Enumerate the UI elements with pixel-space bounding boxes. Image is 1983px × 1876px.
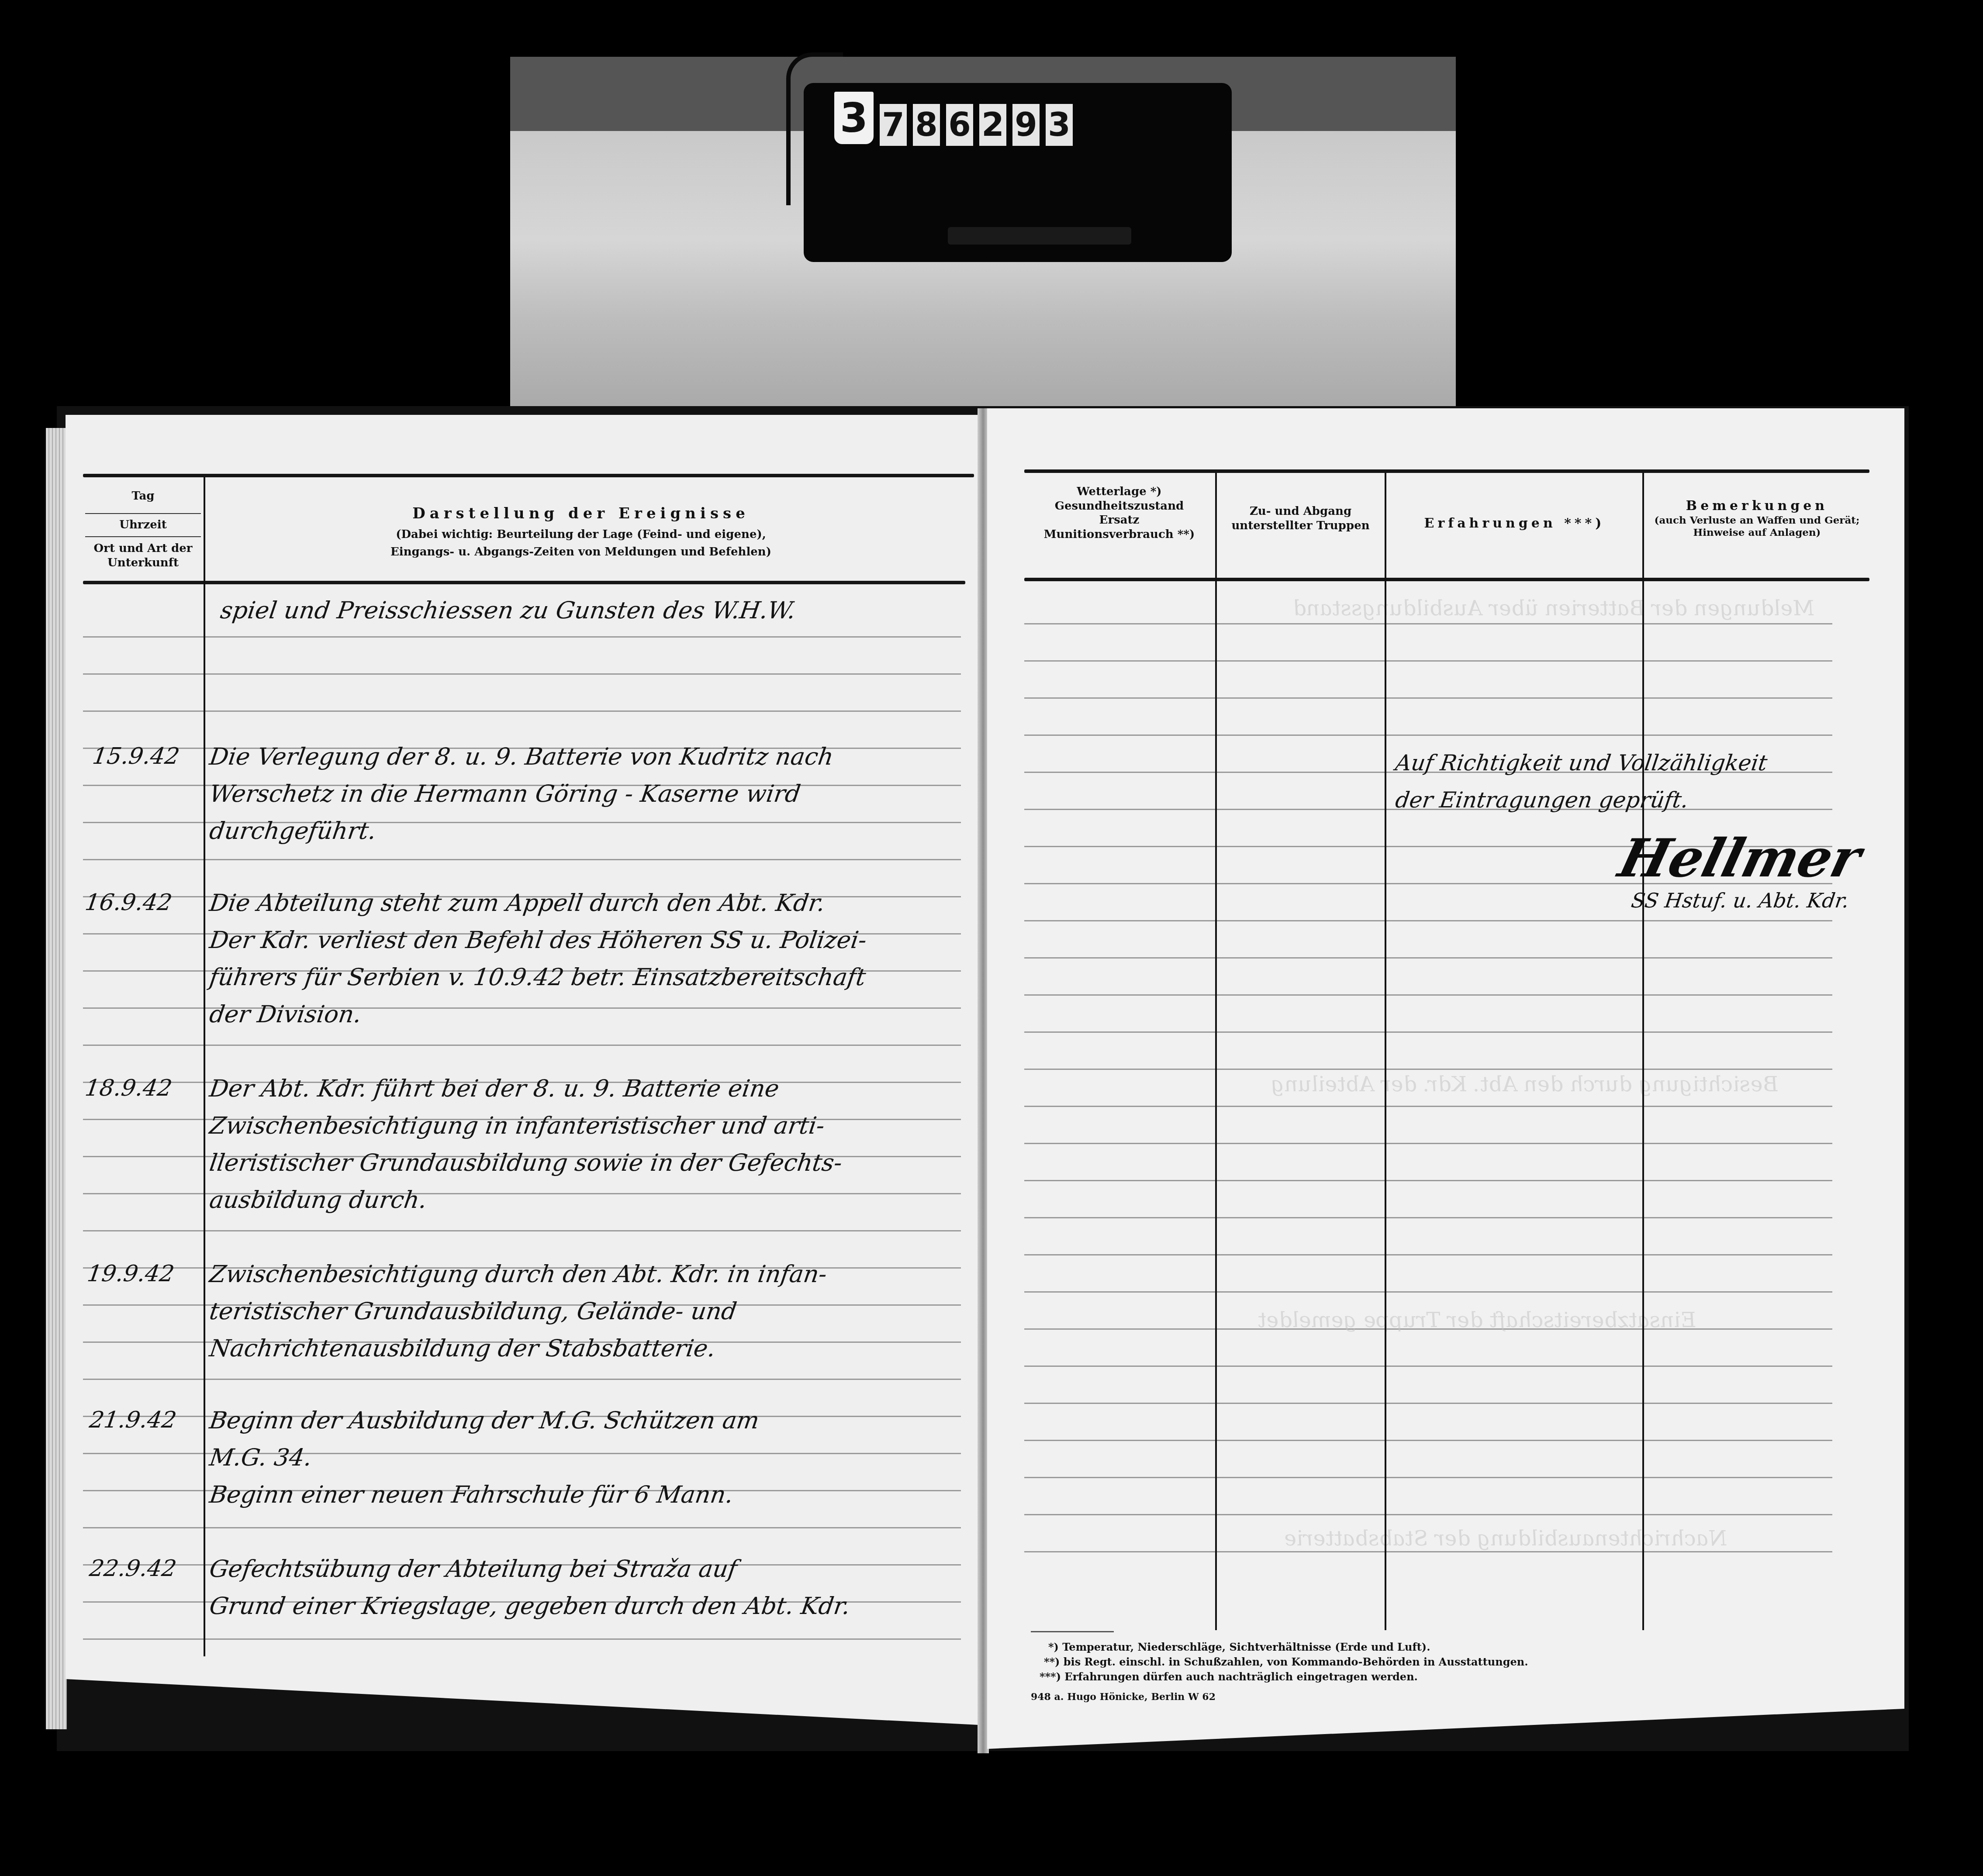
page-stack-edges xyxy=(46,428,67,1729)
entry-line: M.G. 34. xyxy=(207,1439,314,1476)
entry-date: 21.9.42 xyxy=(87,1402,179,1439)
counter-digit: 7 xyxy=(880,104,907,146)
entry-line: durchgeführt. xyxy=(207,812,379,849)
footnotes: *) Temperatur, Niederschläge, Sichtverhä… xyxy=(1031,1640,1528,1704)
bleed-through-text: Besichtigung durch den Abt. Kdr. der Abt… xyxy=(1269,1072,1780,1097)
header-line: Munitionsverbrauch **) xyxy=(1026,528,1212,542)
header-bemerkungen: Bemerkungen (auch Verluste an Waffen und… xyxy=(1647,498,1867,539)
footnote-1: *) Temperatur, Niederschläge, Sichtverhä… xyxy=(1031,1640,1528,1655)
entry-line: Werschetz in die Hermann Göring - Kasern… xyxy=(207,775,803,812)
footnote-3: ***) Erfahrungen dürfen auch nachträglic… xyxy=(1031,1669,1528,1684)
header-line: Hinweise auf Anlagen) xyxy=(1647,527,1867,539)
header-subdivider xyxy=(85,513,201,514)
header-darstellung-title: Darstellung der Ereignisse xyxy=(210,504,952,523)
footnote-rule xyxy=(1031,1631,1114,1632)
entry-line: Grund einer Kriegslage, gegeben durch de… xyxy=(207,1587,853,1624)
header-zu-abgang: Zu- und Abgang unterstellter Truppen xyxy=(1219,504,1382,533)
entry-line: Zwischenbesichtigung in infanteristische… xyxy=(207,1107,827,1144)
entry-line: Nachrichtenausbildung der Stabsbatterie. xyxy=(207,1330,718,1367)
header-line: Wetterlage *) xyxy=(1026,485,1212,499)
header-bottom-rule xyxy=(83,581,965,584)
continuation-text: spiel und Preisschiessen zu Gunsten des … xyxy=(218,592,798,629)
bleed-through-text: Meldungen der Batterien über Ausbildungs… xyxy=(1291,596,1816,621)
header-line: (auch Verluste an Waffen und Gerät; xyxy=(1647,514,1867,527)
entry-line: Beginn der Ausbildung der M.G. Schützen … xyxy=(207,1402,762,1439)
entry-line: Gefechtsübung der Abteilung bei Straža a… xyxy=(207,1550,739,1587)
counter-digit: 3 xyxy=(1046,104,1073,146)
column-divider xyxy=(1385,473,1386,1630)
header-line: Gesundheitszustand xyxy=(1026,499,1212,514)
frame-counter: 3 7 8 6 2 9 3 xyxy=(834,92,1073,146)
commander-signature: Hellmer xyxy=(1613,828,1867,889)
counter-slot xyxy=(948,227,1131,245)
entry-line: Die Abteilung steht zum Appell durch den… xyxy=(207,884,827,921)
header-line: unterstellter Truppen xyxy=(1219,519,1382,533)
header-bottom-rule xyxy=(1024,578,1869,581)
entry-line: führers für Serbien v. 10.9.42 betr. Ein… xyxy=(207,959,868,996)
entry-line: Beginn einer neuen Fahrschule für 6 Mann… xyxy=(207,1476,736,1513)
entry-date: 16.9.42 xyxy=(83,884,174,921)
bleed-through-text: Einsatzbereitschaft der Truppe gemeldet xyxy=(1256,1308,1698,1332)
verification-note-line: Auf Richtigkeit und Vollzähligkeit xyxy=(1393,745,1770,782)
column-divider xyxy=(1215,473,1217,1630)
counter-digit: 8 xyxy=(913,104,940,146)
signature-title: SS Hstuf. u. Abt. Kdr. xyxy=(1630,889,1851,912)
header-line: Bemerkungen xyxy=(1647,498,1867,514)
entry-line: der Division. xyxy=(207,996,364,1033)
header-line: Zu- und Abgang xyxy=(1219,504,1382,519)
entry-date: 22.9.42 xyxy=(87,1550,179,1587)
entry-line: teristischer Grundausbildung, Gelände- u… xyxy=(207,1293,739,1330)
entry-line: Der Kdr. verliest den Befehl des Höheren… xyxy=(207,921,869,959)
entry-line: Die Verlegung der 8. u. 9. Batterie von … xyxy=(207,738,836,775)
header-wetterlage: Wetterlage *) Gesundheitszustand Ersatz … xyxy=(1026,485,1212,541)
header-darstellung-subtitle-2: Eingangs- u. Abgangs-Zeiten von Meldunge… xyxy=(210,545,952,559)
counter-digit: 9 xyxy=(1012,104,1040,146)
counter-digit: 2 xyxy=(979,104,1006,146)
header-darstellung-subtitle-1: (Dabei wichtig: Beurteilung der Lage (Fe… xyxy=(210,528,952,542)
header-tag: Tag xyxy=(85,489,201,503)
column-divider xyxy=(1642,473,1644,1630)
bleed-through-text: Nachrichtenausbildung der Stabsbatterie xyxy=(1282,1526,1729,1551)
header-erfahrungen: Erfahrungen ***) xyxy=(1389,515,1640,532)
entry-line: ausbildung durch. xyxy=(207,1181,429,1218)
counter-digit: 6 xyxy=(946,104,973,146)
entry-line: lleristischer Grundausbildung sowie in d… xyxy=(207,1144,845,1181)
entry-date: 15.9.42 xyxy=(90,738,182,775)
header-top-rule xyxy=(1024,469,1869,473)
entry-date: 19.9.42 xyxy=(85,1255,176,1293)
header-top-rule xyxy=(83,474,974,477)
header-line: Ersatz xyxy=(1026,513,1212,528)
date-column-divider xyxy=(204,477,205,1656)
printer-imprint: 948 a. Hugo Hönicke, Berlin W 62 xyxy=(1031,1690,1528,1704)
header-uhrzeit: Uhrzeit xyxy=(85,518,201,532)
left-page: Tag Uhrzeit Ort und Art der Unterkunft D… xyxy=(66,415,978,1725)
entry-line: Der Abt. Kdr. führt bei der 8. u. 9. Bat… xyxy=(207,1070,781,1107)
footnote-2: **) bis Regt. einschl. in Schußzahlen, v… xyxy=(1031,1655,1528,1669)
header-subdivider xyxy=(85,536,201,537)
counter-reel-digit: 3 xyxy=(834,92,874,144)
entry-date: 18.9.42 xyxy=(83,1070,174,1107)
right-page: Meldungen der Batterien über Ausbildungs… xyxy=(987,408,1904,1749)
entry-line: Zwischenbesichtigung durch den Abt. Kdr.… xyxy=(207,1255,829,1293)
header-ort: Ort und Art der Unterkunft xyxy=(92,541,194,570)
verification-note-line: der Eintragungen geprüft. xyxy=(1393,782,1691,819)
